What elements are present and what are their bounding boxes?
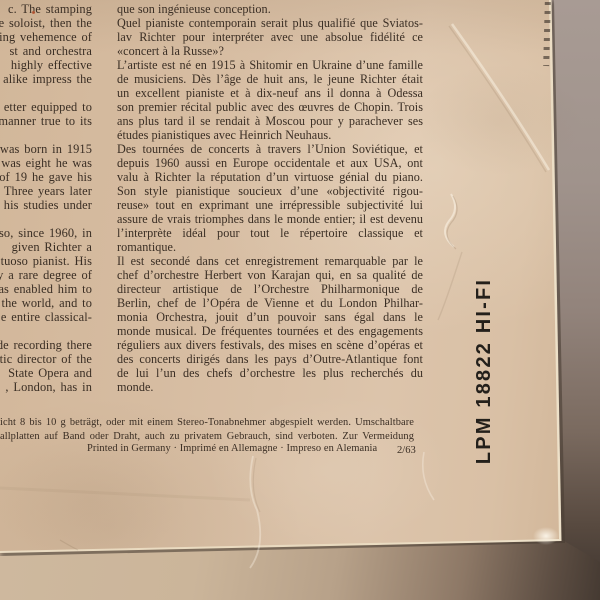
text-line: que son ingénieuse conception. xyxy=(117,2,423,16)
text-line: assure de vrais triomphes dans le monde … xyxy=(117,212,423,226)
text-line: zing vehemence of xyxy=(0,30,92,44)
record-sleeve-back-photo: c. The stamping e soloist, then the zing… xyxy=(0,0,600,600)
text-line: «concert à la Russe»? xyxy=(117,44,423,58)
text-line: tic director of the xyxy=(0,352,92,366)
text-line: valu à Richter la réputation d’un virtuo… xyxy=(117,170,423,184)
worn-corner xyxy=(533,527,559,545)
text-line: L’artiste est né en 1915 à Shitomir en U… xyxy=(117,58,423,72)
text-line: c. The stamping xyxy=(0,2,92,16)
text-line: monde. xyxy=(117,380,423,394)
text-line: Il est secondé dans cet enregistrement r… xyxy=(117,254,423,268)
text-line: romantique. xyxy=(117,240,423,254)
english-column-fragments: c. The stamping e soloist, then the zing… xyxy=(0,2,92,408)
catalog-number-vertical: LPM 18822 HI-FI xyxy=(473,275,497,467)
date-code: 2/63 xyxy=(397,445,416,456)
text-line: réguliers aux divers festivals, des mise… xyxy=(117,338,423,352)
text-line: depuis 1960 aussi en Europe occidentale … xyxy=(117,156,423,170)
text-line: Des tournées de concerts à travers l’Uni… xyxy=(117,142,423,156)
text-block: lso, since 1960, in given Richter a tuos… xyxy=(0,226,92,324)
text-block: d was born in 1915 e was eight he was of… xyxy=(0,142,92,212)
text-line: allplatten auf Band oder Draht, auch zu … xyxy=(0,430,414,444)
paragraph: Il est secondé dans cet enregistrement r… xyxy=(117,254,423,394)
text-line: d was born in 1915 xyxy=(0,142,92,156)
paragraph: que son ingénieuse conception. xyxy=(117,2,423,16)
text-line: de lui l’un des chefs d’orchestre les pl… xyxy=(117,366,423,380)
french-column: que son ingénieuse conception. Quel pian… xyxy=(117,2,423,394)
text-line: State Opera and xyxy=(0,366,92,380)
text-line: e entire classical- xyxy=(0,310,92,324)
text-block: etter equipped to manner true to its xyxy=(0,100,92,128)
paper-speck xyxy=(32,11,35,14)
text-line: . Three years later xyxy=(0,184,92,198)
text-line: st and orchestra xyxy=(0,44,92,58)
text-line: directeur artistique de l’Orchestre Phil… xyxy=(117,282,423,296)
text-line: ans plus tard il se rendait à Moscou pou… xyxy=(117,114,423,128)
german-small-print: icht 8 bis 10 g beträgt, oder mit einem … xyxy=(0,416,414,444)
text-line: lso, since 1960, in xyxy=(0,226,92,240)
text-line: Berlin, chef de l’Opéra de Vienne et du … xyxy=(117,296,423,310)
text-line: manner true to its xyxy=(0,114,92,128)
text-line: reuse» tout en exprimant une irrépressib… xyxy=(117,198,423,212)
text-line: e alike impress the xyxy=(0,72,92,86)
text-line: Quel pianiste contemporain serait plus q… xyxy=(117,16,423,30)
text-line: etter equipped to xyxy=(0,100,92,114)
text-line: lav Richter pour interpréter avec une ab… xyxy=(117,30,423,44)
text-line: given Richter a xyxy=(0,240,92,254)
paragraph: Des tournées de concerts à travers l’Uni… xyxy=(117,142,423,254)
text-line: monia Orchestra, jouit d’un pouvoir sans… xyxy=(117,310,423,324)
text-block: c. The stamping e soloist, then the zing… xyxy=(0,2,92,86)
printed-in-germany-line: Printed in Germany · Imprimé en Allemagn… xyxy=(87,443,377,454)
text-line: y a rare degree of xyxy=(0,268,92,282)
text-line: of 19 he gave his xyxy=(0,170,92,184)
text-line: de musiciens. Dès l’âge de huit ans, le … xyxy=(117,72,423,86)
text-line: études pianistiques avec Heinrich Neuhau… xyxy=(117,128,423,142)
text-line: , London, has in xyxy=(0,380,92,394)
text-line: son premier récital public avec des œuvr… xyxy=(117,100,423,114)
text-line: e soloist, then the xyxy=(0,16,92,30)
text-line: Son style pianistique soucieux d’une «ob… xyxy=(117,184,423,198)
text-line: des concerts dirigés dans les pays d’Out… xyxy=(117,352,423,366)
text-line: e was eight he was xyxy=(0,156,92,170)
text-line: d his studies under xyxy=(0,198,92,212)
text-line: icht 8 bis 10 g beträgt, oder mit einem … xyxy=(0,416,414,430)
text-block: de recording there tic director of the S… xyxy=(0,338,92,394)
paragraph: L’artiste est né en 1915 à Shitomir en U… xyxy=(117,58,423,142)
text-line: monde musical. De fréquentes tournées et… xyxy=(117,324,423,338)
text-line: highly effective xyxy=(0,58,92,72)
paragraph: Quel pianiste contemporain serait plus q… xyxy=(117,16,423,58)
text-line: un excellent pianiste et à dix-neuf ans … xyxy=(117,86,423,100)
text-line: de recording there xyxy=(0,338,92,352)
text-line: as enabled him to xyxy=(0,282,92,296)
text-line: the world, and to xyxy=(0,296,92,310)
text-line: chef d’orchestre Herbert von Karajan qui… xyxy=(117,268,423,282)
text-line: tuoso pianist. His xyxy=(0,254,92,268)
text-line: l’interprète idéal pour tout le répertoi… xyxy=(117,226,423,240)
